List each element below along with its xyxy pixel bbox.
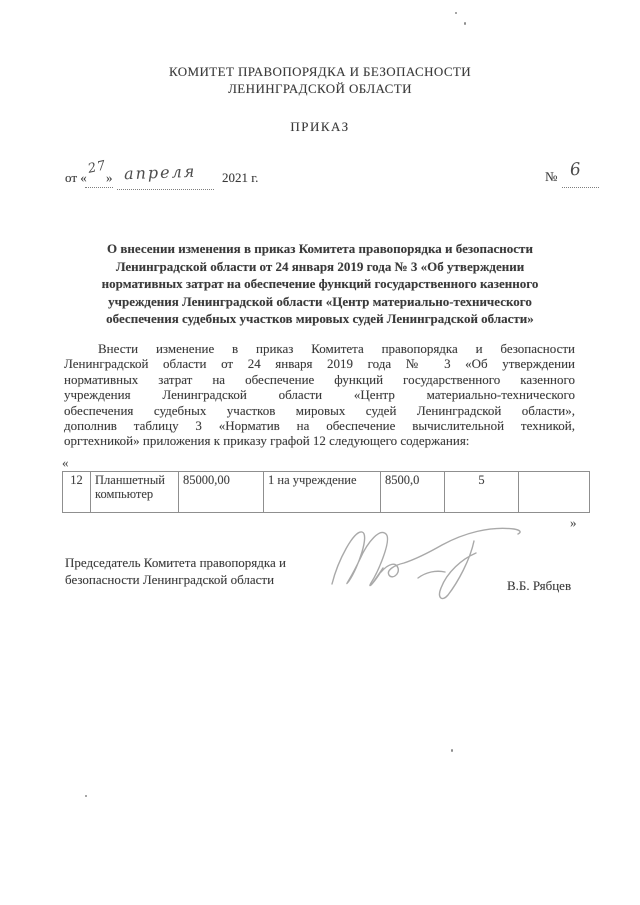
order-body-line: нормативных затрат на обеспечение функци… [64,372,575,387]
order-body-line: дополнив таблицу 3 «Норматив на обеспече… [64,418,575,433]
signatory-position-line1: Председатель Комитета правопорядка и [65,554,325,571]
date-day-underline [85,187,113,188]
order-body-line: учреждения Ленинградской области «Центр … [64,387,575,402]
cell-price: 85000,00 [179,472,264,513]
org-name-line2: ЛЕНИНГРАДСКОЙ ОБЛАСТИ [60,80,580,97]
signature-scribble [322,518,537,613]
order-body-line: оргтехникой» приложения к приказу графой… [64,433,575,448]
cell-quantity-norm: 1 на учреждение [264,472,381,513]
doc-number-underline [562,187,599,188]
doc-number-handwritten: 6 [569,159,582,180]
cell-row-number: 12 [63,472,91,513]
signatory-position-line2: безопасности Ленинградской области [65,571,325,588]
date-month-underline [117,189,214,190]
date-close-quote: » [106,170,113,186]
scan-speck [464,22,466,25]
org-name-line1: КОМИТЕТ ПРАВОПОРЯДКА И БЕЗОПАСНОСТИ [60,63,580,80]
order-title-line: учреждения Ленинградской области «Центр … [68,293,572,311]
order-body-line: обеспечения судебных участков мировых су… [64,403,575,418]
order-body-paragraph: Внести изменение в приказ Комитета право… [64,341,575,449]
scan-speck [451,749,453,752]
scan-speck [455,12,457,14]
cell-term: 5 [445,472,519,513]
date-year: 2021 г. [222,170,258,186]
order-body-line: Внести изменение в приказ Комитета право… [64,341,575,356]
table-open-quote: « [62,455,69,471]
letterhead: КОМИТЕТ ПРАВОПОРЯДКА И БЕЗОПАСНОСТИ ЛЕНИ… [60,63,580,97]
signatory-position: Председатель Комитета правопорядка и без… [65,554,325,588]
document-page: КОМИТЕТ ПРАВОПОРЯДКА И БЕЗОПАСНОСТИ ЛЕНИ… [0,0,640,905]
date-prefix: от « [65,170,87,186]
cell-empty [519,472,590,513]
date-month-handwritten: апреля [124,162,197,184]
cell-item-name: Планшетный компьютер [91,472,179,513]
doc-number-sign: № [545,169,557,185]
order-title-line: нормативных затрат на обеспечение функци… [68,275,572,293]
table-close-quote: » [570,515,577,531]
amendment-table-wrap: 12 Планшетный компьютер 85000,00 1 на уч… [62,471,590,513]
doc-type-title: ПРИКАЗ [60,119,580,135]
cell-amount: 8500,0 [381,472,445,513]
scan-speck [85,795,87,797]
table-row: 12 Планшетный компьютер 85000,00 1 на уч… [63,472,590,513]
date-day-handwritten: 27 [87,158,108,177]
signatory-name: В.Б. Рябцев [507,578,571,594]
order-title-line: О внесении изменения в приказ Комитета п… [68,240,572,258]
amendment-table: 12 Планшетный компьютер 85000,00 1 на уч… [62,471,590,513]
order-title: О внесении изменения в приказ Комитета п… [68,240,572,328]
order-body-line: Ленинградской области от 24 января 2019 … [64,356,575,371]
order-title-line: обеспечения судебных участков мировых су… [68,310,572,328]
order-title-line: Ленинградской области от 24 января 2019 … [68,258,572,276]
